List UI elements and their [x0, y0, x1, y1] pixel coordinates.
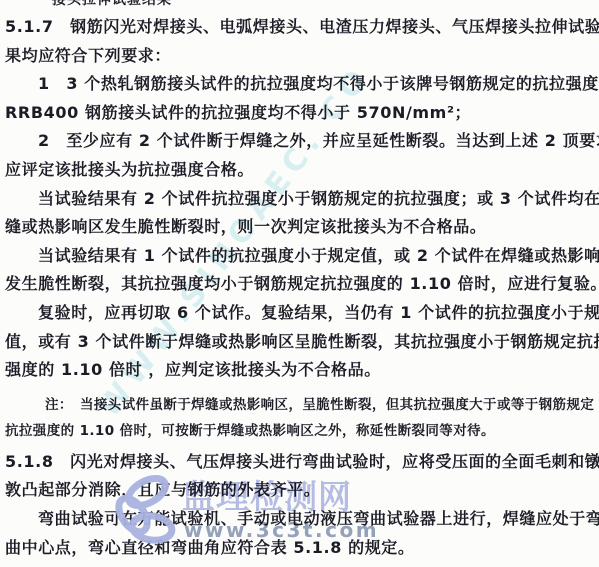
text-line: 发生脆性断裂，其抗拉强度均小于钢筋规定抗拉强度的 1.10 倍时，应进行复验。 — [5, 270, 599, 299]
text-line: 2 至少应有 2 个试件断于焊缝之外，并应呈延性断裂。当达到上述 2 顶要求时， — [5, 127, 599, 156]
text-line: 果均应符合下列要求： — [5, 42, 599, 71]
text-line: 1 3 个热轧钢筋接头试件的抗拉强度均不得小于该牌号钢筋规定的抗拉强度； — [5, 70, 599, 99]
document-lines: 5.1.7 钢筋闪光对焊接头、电弧焊接头、电渣压力焊接头、气压焊接头拉伸试验结果… — [5, 13, 599, 562]
text-line: 缝或热影响区发生脆性断裂时，则一次判定该批接头为不合格品。 — [5, 213, 599, 242]
text-line: 敦凸起部分消除，且应与钢筋的外表齐平。 — [5, 476, 599, 505]
document-page: 接头拉伸试验结果 WWW.SINOAEC. CO 5.1.7 钢筋闪光对焊接头、… — [0, 0, 599, 567]
clipped-top-line: 接头拉伸试验结果 — [52, 0, 182, 7]
text-line: 注： 当接头试件虽断于焊缝或热影响区，呈脆性断裂，但其抗拉强度大于或等于钢筋规定 — [5, 392, 599, 418]
text-line: 当试验结果有 1 个试件的抗拉强度小于规定值，或 2 个试件在焊缝或热影响区 — [5, 242, 599, 271]
text-line: 复验时，应再切取 6 个试作。复验结果，当仍有 1 个试件的抗拉强度小于规定 — [5, 299, 599, 328]
text-line: 强度的 1.10 倍时 ，应判定该批接头为不合格品。 — [5, 356, 599, 385]
text-line: 当试验结果有 2 个试件抗拉强度小于钢筋规定的抗拉强度；或 3 个试件均在焊 — [5, 185, 599, 214]
text-line: 应评定该批接头为抗拉强度合格。 — [5, 156, 599, 185]
text-line: 曲中心点，弯心直径和弯曲角应符合表 5.1.8 的规定。 — [5, 534, 599, 563]
text-line: 抗拉强度的 1.10 倍时，可按断于焊缝或热影响区之外，称延性断裂同等对待。 — [5, 418, 599, 444]
text-line: 值，或有 3 个试件断于焊缝或热影响区呈脆性断裂，其抗拉强度小于钢筋规定抗拉 — [5, 328, 599, 357]
text-line: 弯曲试验可在万能试验机、手动或电动液压弯曲试验器上进行，焊缝应处于弯 — [5, 505, 599, 534]
text-line: 5.1.8 闪光对焊接头、气压焊接头进行弯曲试验时，应将受压面的全面毛刺和镦粗 — [5, 448, 599, 477]
text-line: 5.1.7 钢筋闪光对焊接头、电弧焊接头、电渣压力焊接头、气压焊接头拉伸试验结 — [5, 13, 599, 42]
text-line: RRB400 钢筋接头试件的抗拉强度均不得小于 570N/mm²； — [5, 99, 599, 128]
